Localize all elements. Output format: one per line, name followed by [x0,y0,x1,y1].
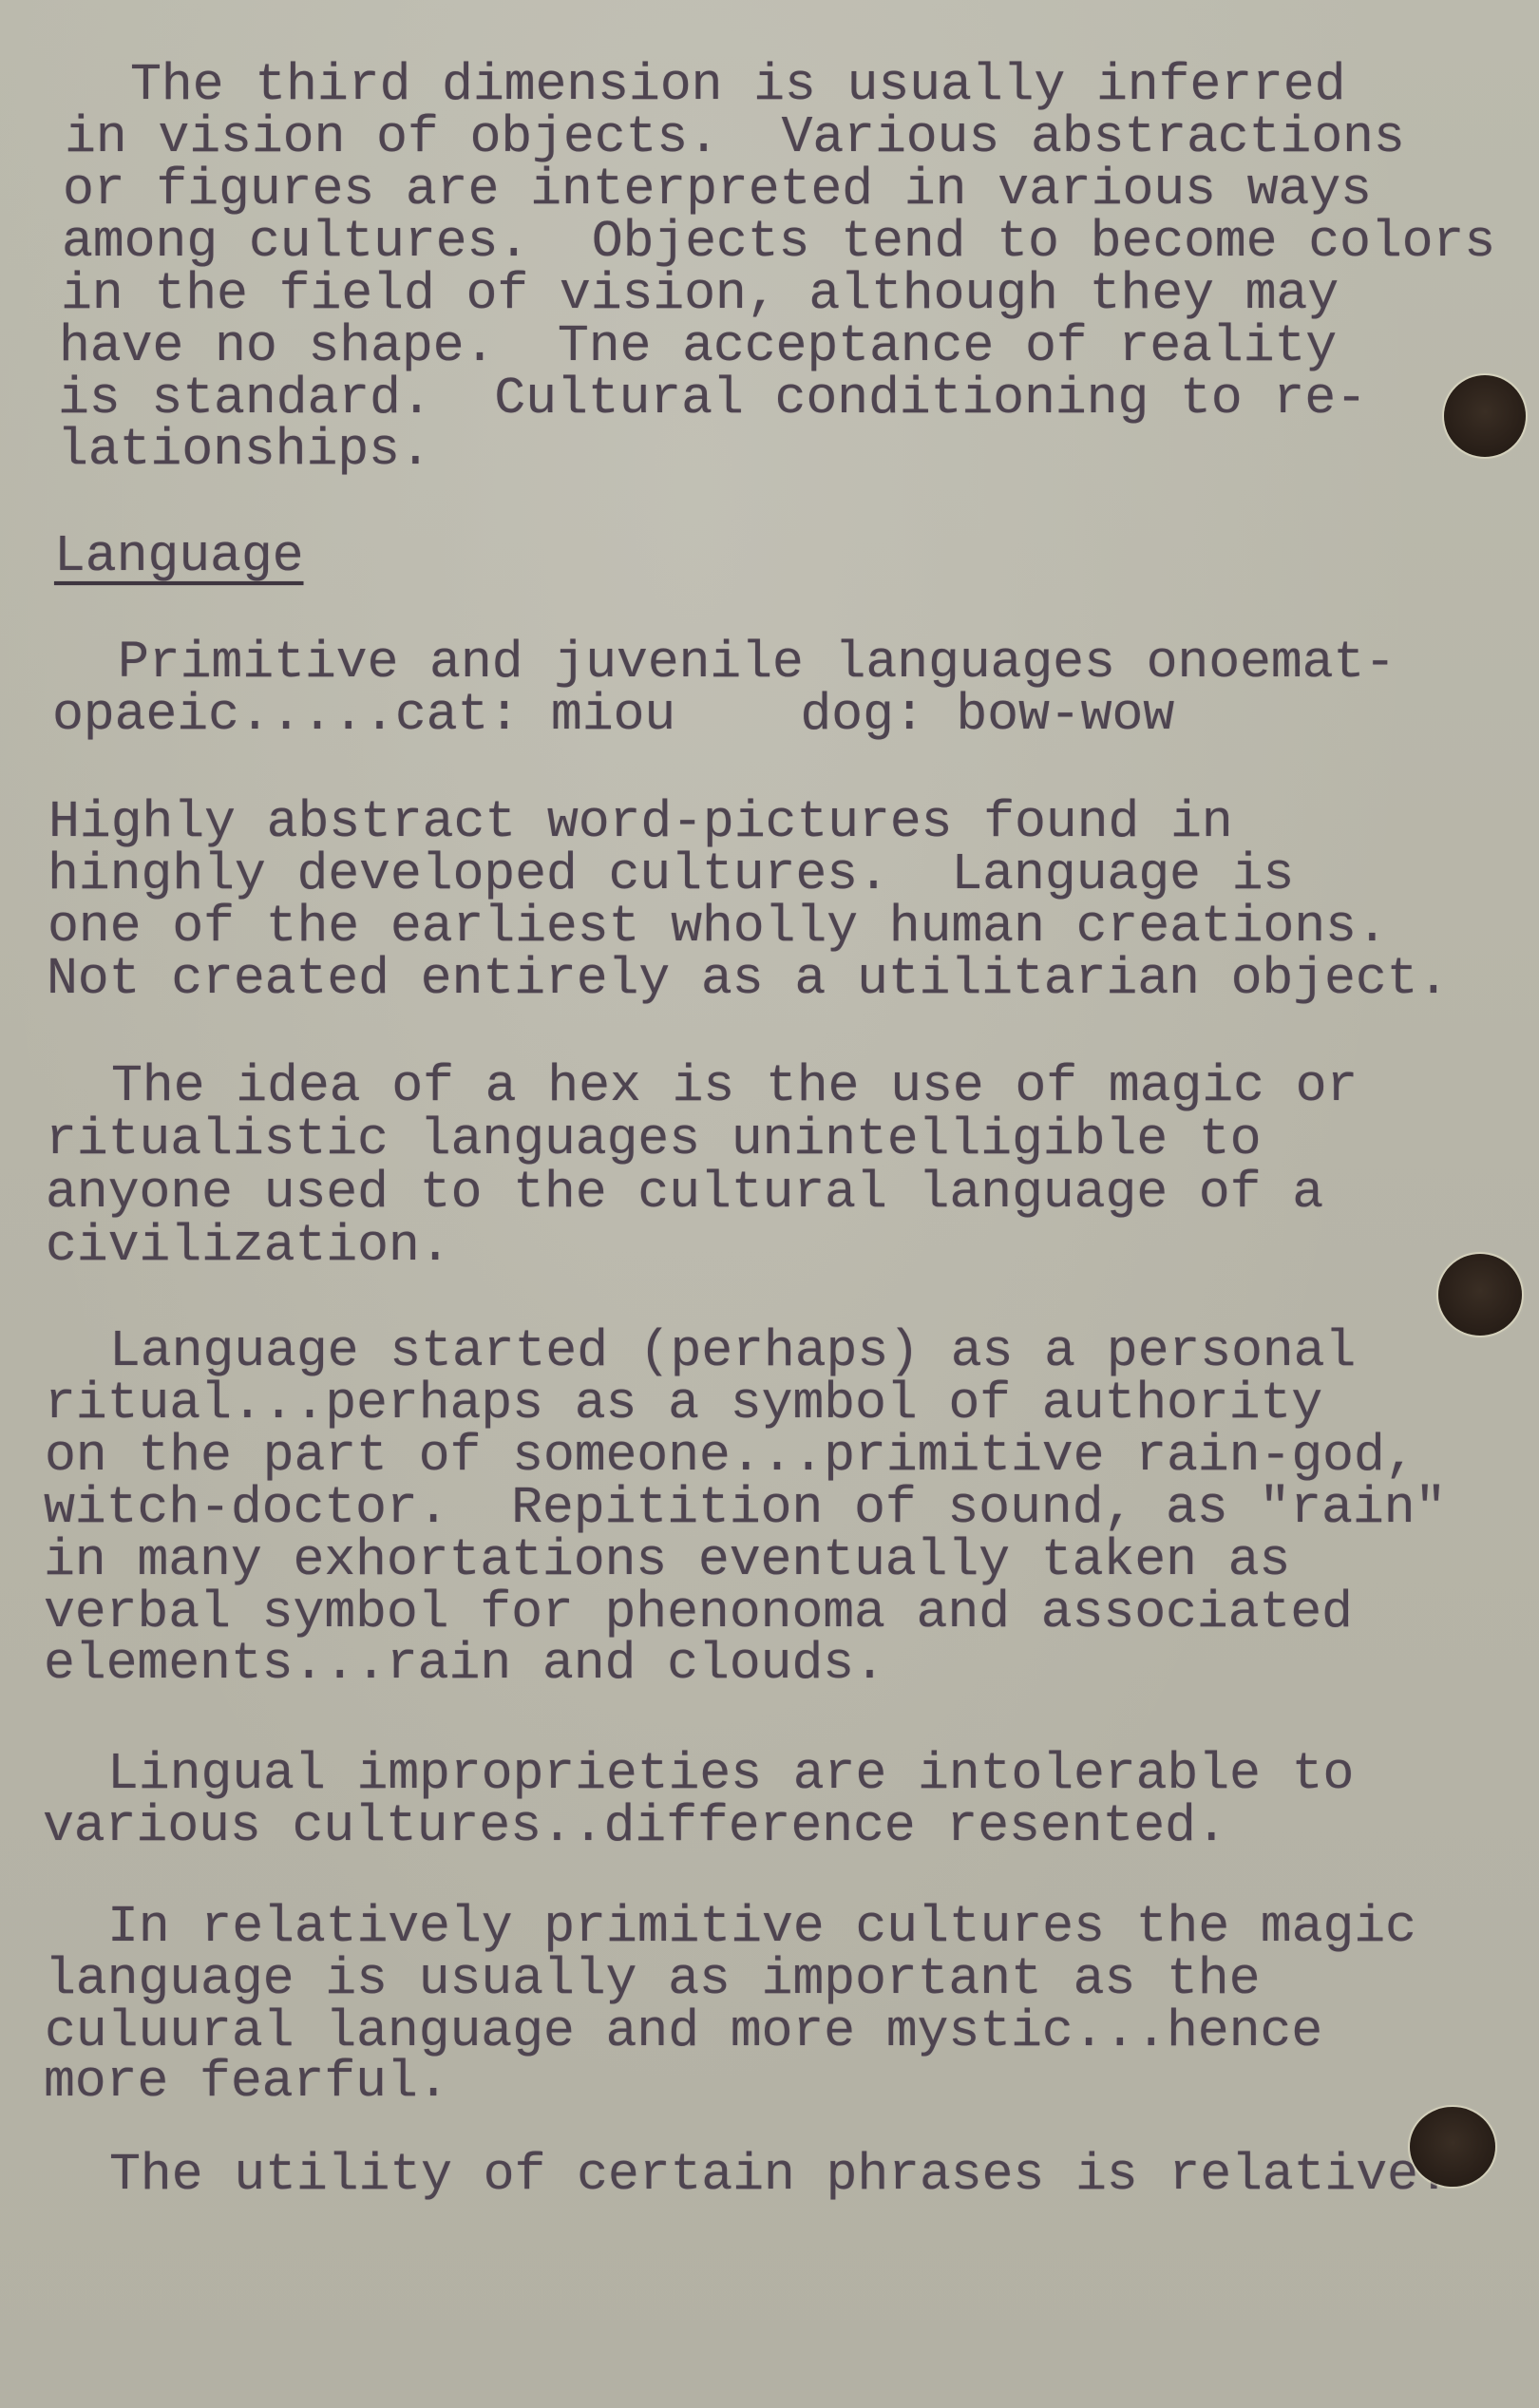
section-heading: Language [54,530,303,582]
text-line: lationships. [57,424,431,476]
text-line: The idea of a hex is the use of magic or [111,1060,1358,1112]
text-line: one of the earliest wholly human creatio… [47,901,1388,953]
text-line: verbal symbol for phenonoma and associat… [44,1586,1353,1639]
typewritten-page: The third dimension is usually inferred … [0,0,1539,2408]
punch-hole-top-icon [1444,375,1526,457]
text-line: Not created entirely as a utilitarian ob… [47,953,1449,1005]
text-line: among cultures. Objects tend to become c… [62,216,1495,268]
text-line: hinghly developed cultures. Language is [47,848,1294,901]
text-line: Primitive and juvenile languages onoemat… [118,636,1396,689]
text-line: on the part of someone...primitive rain-… [45,1430,1415,1482]
text-line: in many exhortations eventually taken as [44,1534,1290,1586]
text-line: have no shape. Tne acceptance of reality [59,320,1337,372]
text-line: in the field of vision, although they ma… [61,268,1339,320]
text-line: in vision of objects. Various abstractio… [65,111,1405,163]
text-line: Language started (perhaps) as a personal [109,1325,1356,1377]
text-line: various cultures..difference resented. [43,1800,1227,1852]
text-line: The utility of certain phrases is relati… [109,2149,1450,2201]
punch-hole-bottom-icon [1410,2107,1495,2187]
text-line: ritualistic languages unintelligible to [46,1113,1261,1166]
punch-hole-middle-icon [1438,1254,1522,1336]
text-line: ritual...perhaps as a symbol of authorit… [45,1377,1322,1430]
text-line: or figures are interpreted in various wa… [63,163,1372,216]
text-line: In relatively primitive cultures the mag… [107,1901,1416,1953]
text-line: is standard. Cultural conditioning to re… [58,372,1367,425]
text-line: language is usually as important as the [45,1953,1260,2005]
text-line: anyone used to the cultural language of … [46,1166,1323,1219]
text-line: The third dimension is usually inferred [130,59,1345,111]
text-line: Highly abstract word-pictures found in [48,796,1233,848]
text-line: elements...rain and clouds. [44,1638,885,1690]
text-line: civilization. [46,1220,450,1272]
text-line: more fearful. [44,2056,448,2108]
text-line: witch-doctor. Repitition of sound, as "r… [44,1482,1446,1534]
text-line: culuural language and more mystic...henc… [45,2005,1322,2057]
text-line: opaeic.....cat: miou dog: bow-wow [52,689,1174,741]
text-line: Lingual improprieties are intolerable to [107,1748,1354,1800]
